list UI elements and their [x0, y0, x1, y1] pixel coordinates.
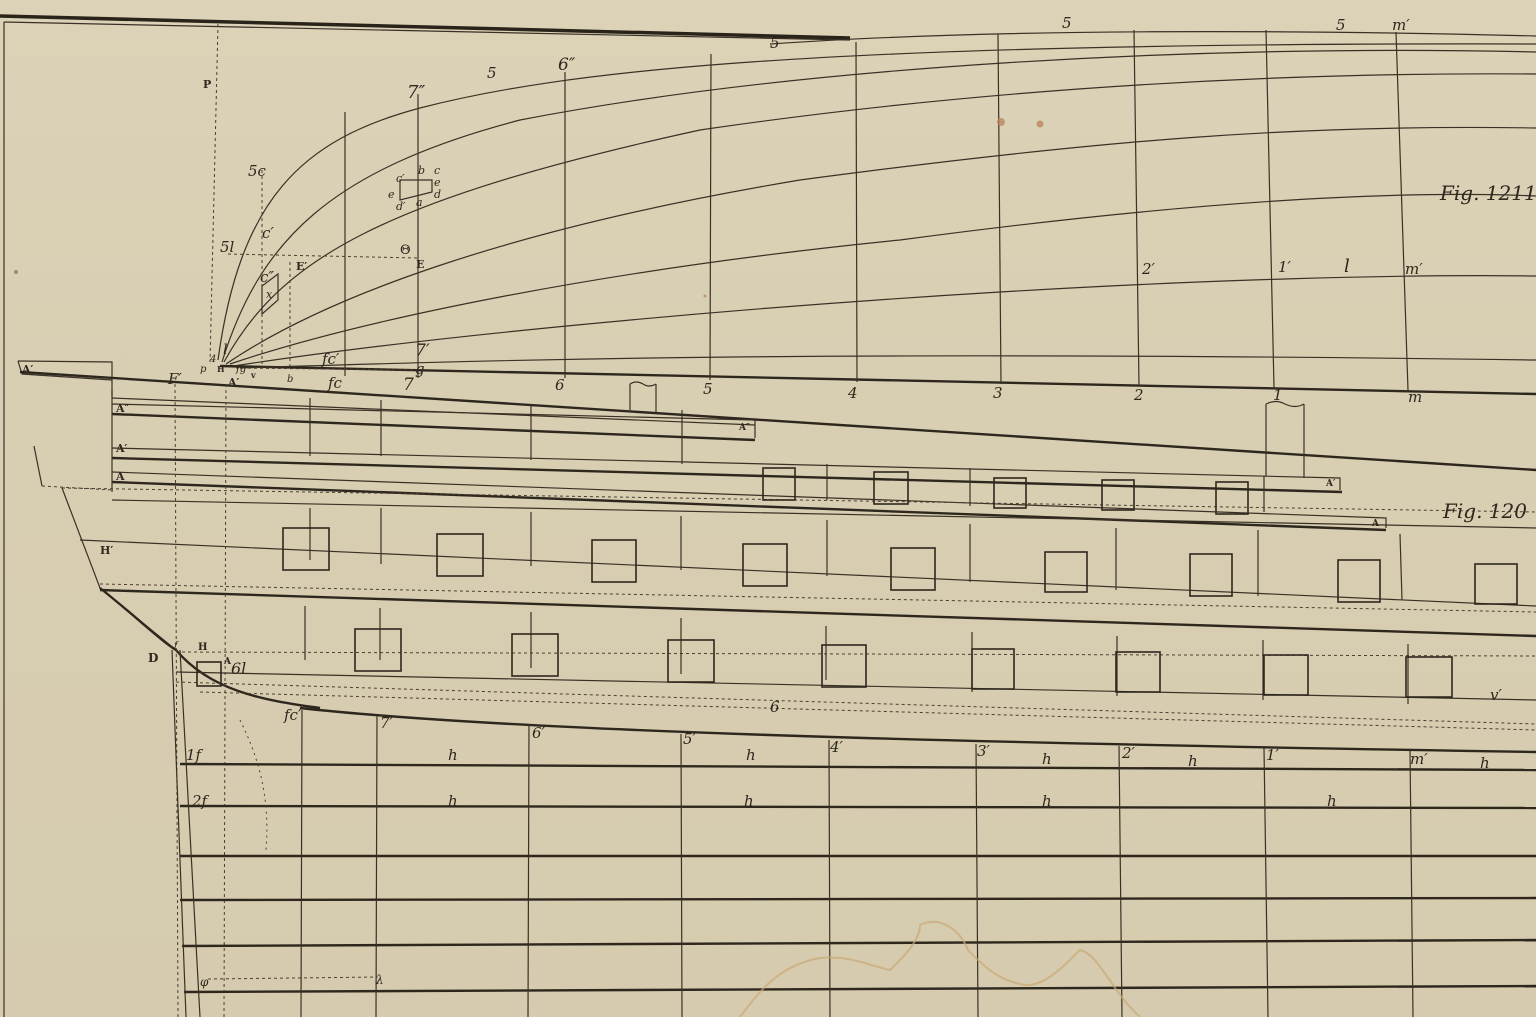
svg-text:5′: 5′: [683, 730, 697, 748]
svg-text:fc: fc: [327, 374, 343, 392]
svg-text:1′: 1′: [1278, 258, 1292, 276]
svg-text:m: m: [1408, 388, 1422, 406]
svg-text:A: A: [115, 470, 125, 483]
svg-text:h: h: [448, 792, 458, 810]
svg-text:A′: A′: [115, 442, 128, 455]
svg-text:1f: 1f: [186, 746, 204, 764]
svg-text:m′: m′: [1392, 16, 1410, 34]
svg-text:d′: d′: [396, 200, 406, 213]
paper-stains: [14, 118, 1140, 1017]
svg-text:3′: 3′: [977, 742, 991, 760]
svg-text:f: f: [173, 641, 179, 651]
svg-text:v: v: [250, 370, 256, 380]
svg-text:c′: c′: [262, 224, 274, 242]
svg-text:H: H: [198, 642, 207, 653]
svg-text:5: 5: [703, 380, 713, 398]
svg-text:H: H: [217, 364, 225, 374]
svg-text:6l: 6l: [231, 659, 246, 678]
svg-text:7″: 7″: [407, 82, 425, 103]
svg-text:λ: λ: [375, 973, 384, 987]
svg-text:x: x: [266, 288, 273, 301]
svg-text:3: 3: [993, 384, 1003, 402]
svg-text:h: h: [448, 746, 458, 764]
svg-text:2′: 2′: [1121, 744, 1136, 762]
svg-text:5c: 5c: [248, 162, 267, 180]
svg-text:fg: fg: [235, 364, 246, 375]
engraving-plate: P 7″ 5 6″ 5 5 5 m′ 5c c′ 5l E′ c″ x Θ E …: [0, 0, 1536, 1017]
svg-text:h: h: [1042, 750, 1052, 768]
figure-label-1211: Fig. 1211: [1439, 181, 1536, 205]
svg-text:4′: 4′: [829, 738, 844, 756]
svg-text:h: h: [1327, 792, 1337, 810]
half-breadth-plan: [210, 24, 1536, 394]
svg-text:a: a: [416, 196, 423, 209]
svg-text:fc′: fc′: [283, 706, 302, 724]
half-breadth-labels: P 7″ 5 6″ 5 5 5 m′ 5c c′ 5l E′ c″ x Θ E …: [200, 14, 1536, 385]
ship-plan-drawing: P 7″ 5 6″ 5 5 5 m′ 5c c′ 5l E′ c″ x Θ E …: [0, 0, 1536, 1017]
svg-text:d: d: [434, 188, 441, 201]
svg-text:m′: m′: [1410, 750, 1428, 768]
svg-text:h: h: [746, 746, 756, 764]
svg-text:φ: φ: [200, 975, 209, 989]
svg-text:A: A: [1371, 519, 1380, 529]
svg-text:7′: 7′: [380, 714, 394, 732]
svg-text:5: 5: [487, 64, 497, 82]
body-grid: [172, 650, 1536, 1017]
svg-text:e: e: [388, 188, 395, 201]
svg-text:A″: A″: [738, 423, 750, 433]
svg-text:5: 5: [1062, 14, 1072, 32]
svg-text:h: h: [744, 792, 754, 810]
svg-text:5: 5: [770, 34, 780, 52]
svg-text:E′: E′: [296, 260, 307, 273]
svg-text:h: h: [1042, 792, 1052, 810]
svg-text:p: p: [200, 364, 207, 375]
svg-text:4: 4: [209, 354, 216, 365]
svg-text:7: 7: [403, 375, 414, 395]
svg-text:E: E: [416, 258, 424, 271]
svg-text:4: 4: [847, 384, 858, 402]
svg-text:1′: 1′: [1266, 746, 1280, 764]
svg-text:2f: 2f: [191, 792, 210, 810]
svg-text:l: l: [1344, 256, 1350, 277]
svg-text:A′: A′: [1325, 479, 1336, 489]
svg-text:5l: 5l: [220, 238, 235, 256]
svg-text:m′: m′: [1405, 260, 1423, 278]
svg-text:b: b: [418, 164, 425, 177]
svg-text:g: g: [415, 360, 425, 378]
gun-ports: [197, 468, 1517, 697]
svg-text:D: D: [148, 651, 158, 665]
svg-text:7′: 7′: [415, 341, 430, 361]
svg-text:l: l: [223, 342, 227, 358]
svg-text:P: P: [203, 78, 211, 91]
svg-text:2′: 2′: [1141, 260, 1156, 278]
svg-text:c′: c′: [396, 172, 405, 185]
svg-text:H′: H′: [100, 544, 113, 557]
svg-text:2: 2: [1133, 386, 1144, 404]
figure-label-120: Fig. 120: [1442, 499, 1527, 523]
svg-text:6′: 6′: [532, 724, 546, 742]
svg-text:c″: c″: [260, 268, 274, 286]
svg-text:6″: 6″: [558, 55, 576, 75]
svg-text:6: 6: [555, 376, 565, 394]
svg-text:h: h: [1188, 752, 1198, 770]
svg-text:6: 6: [770, 698, 780, 716]
svg-text:fc′: fc′: [321, 350, 340, 368]
svg-text:A″: A″: [115, 402, 130, 415]
svg-text:v′: v′: [1490, 686, 1502, 704]
svg-text:5: 5: [1336, 16, 1346, 34]
svg-text:b: b: [287, 374, 293, 385]
svg-text:Θ: Θ: [400, 243, 411, 258]
svg-text:h: h: [1480, 754, 1490, 772]
